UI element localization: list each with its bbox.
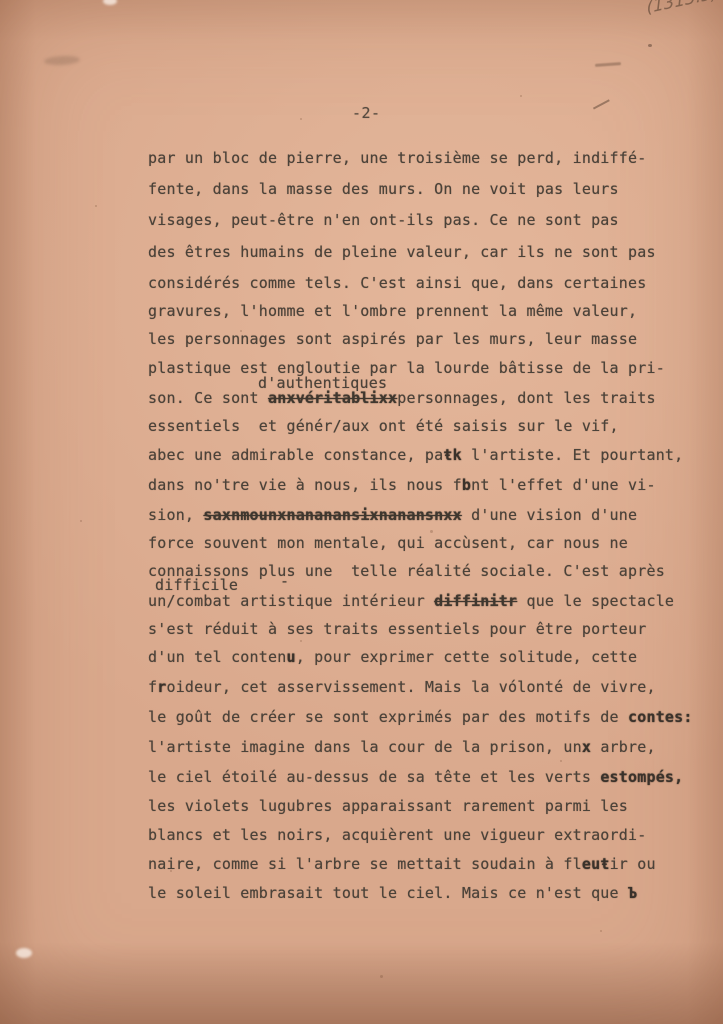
paper-speckle [560,760,562,762]
typed-text: le ciel étoilé au-dessus de sa tête et l… [148,768,600,786]
typed-text: d'une vision d'une [462,506,637,524]
typed-line: les violets lugubres apparaissant rareme… [148,797,628,816]
overstruck-text: euŧ [582,855,610,873]
typed-line: les personnages sont aspirés par les mur… [148,330,637,349]
typed-text: plastique est engloutie par la lourde bâ… [148,359,665,377]
typed-text: , pour exprimer cette solitude, cette [296,648,638,666]
paper-speckle [95,205,97,207]
typed-text: abec une admirable constance, pa [148,446,443,464]
typed-line: naire, comme si l'arbre se mettait souda… [148,855,656,874]
typed-text: son. Ce sont [148,389,268,407]
pencil-dash-mark [595,62,621,67]
paper-speckle [170,870,172,872]
typed-line: - [280,572,289,591]
overstruck-text: contes: [628,708,693,726]
typed-text: un/combat artistique intérieur [148,592,434,610]
strikethrough-text: saxnmounxnananansixnanansnxx [203,506,461,524]
overstruck-text: u [286,648,295,666]
paper-bright-spot [16,948,32,958]
typed-text: sion, [148,506,203,524]
typed-line: blancs et les noirs, acquièrent une vigu… [148,826,646,845]
typed-text: ir ou [610,855,656,873]
typed-line: le goût de créer se sont exprimés par de… [148,708,693,727]
typed-text: s'est réduit à ses traits essentiels pou… [148,620,646,638]
typed-line: le soleil embrasait tout le ciel. Mais c… [148,884,637,903]
paper-speckle [300,118,302,120]
typed-line: s'est réduit à ses traits essentiels pou… [148,620,646,639]
typed-text: l'artiste imagine dans la cour de la pri… [148,738,582,756]
typed-text: oideur, cet asservissement. Mais la vólo… [166,678,655,696]
paper-bright-spot [103,0,117,5]
paper-speckle [300,640,302,642]
typed-text: que le spectacle [517,592,674,610]
typed-text: le soleil embrasait tout le ciel. Mais c… [148,884,628,902]
typed-text: dans no'tre vie à nous, ils nous f [148,476,462,494]
typed-text: blancs et les noirs, acquièrent une vigu… [148,826,646,844]
typed-line: force souvent mon mentale, qui accùsent,… [148,534,628,553]
typed-line: des êtres humains de pleine valeur, car … [148,243,656,262]
typed-line: gravures, l'homme et l'ombre prennent la… [148,302,637,321]
typed-line: par un bloc de pierre, une troisième se … [148,149,646,168]
typed-text: fente, dans la masse des murs. On ne voi… [148,180,619,198]
strikethrough-text: anxvéritablixx [268,389,397,407]
typed-line: plastique est engloutie par la lourde bâ… [148,359,665,378]
typed-text: naire, comme si l'arbre se mettait souda… [148,855,582,873]
overstruck-text: estompés, [600,768,683,786]
typed-text: considérés comme tels. C'est ainsi que, … [148,274,646,292]
overstruck-text: Ъ [628,884,637,902]
paper-speckle [240,330,242,332]
typed-text: personnages, dont les traits [397,389,655,407]
typed-line: un/combat artistique intérieur diffinitr… [148,592,674,611]
typed-line: essentiels et génér/aux ont été saisis s… [148,417,619,436]
typed-line: considérés comme tels. C'est ainsi que, … [148,274,646,293]
typed-line: sion, saxnmounxnananansixnanansnxx d'une… [148,506,637,525]
typed-line: fente, dans la masse des murs. On ne voi… [148,180,619,199]
typed-line: le ciel étoilé au-dessus de sa tête et l… [148,768,683,787]
typed-line: abec une admirable constance, paŧk l'art… [148,446,683,465]
typed-text: le goût de créer se sont exprimés par de… [148,708,628,726]
typed-text: force souvent mon mentale, qui accùsent,… [148,534,628,552]
typed-line: froideur, cet asservissement. Mais la vó… [148,678,656,697]
paper-speckle [380,975,383,978]
typed-text: par un bloc de pierre, une troisième se … [148,149,646,167]
typed-text: des êtres humains de pleine valeur, car … [148,243,656,261]
paper-speckle [600,930,602,932]
paper-speckle [80,520,82,522]
typed-text: essentiels et génér/aux ont été saisis s… [148,417,619,435]
paper-speckle [430,530,433,533]
typed-text: d'un tel conten [148,648,286,666]
typed-text: f [148,678,157,696]
typed-text: - [280,572,289,590]
typed-line: son. Ce sont anxvéritablixxpersonnages, … [148,389,656,408]
overstruck-text: x [582,738,591,756]
overstruck-text: ŧk [443,446,461,464]
paper-speckle [520,95,522,97]
typed-line: d'un tel contenu, pour exprimer cette so… [148,648,637,667]
strikethrough-text: diffinitr [434,592,517,610]
page-number: -2- [352,104,381,122]
handwritten-code: (1313.5)2 [646,0,723,18]
typed-text: nt l'effet d'une vi- [471,476,656,494]
pencil-dot-mark [648,44,652,47]
typed-text: visages, peut-être n'en ont-ils pas. Ce … [148,211,619,229]
typed-line: l'artiste imagine dans la cour de la pri… [148,738,656,757]
typed-line: visages, peut-être n'en ont-ils pas. Ce … [148,211,619,230]
scanned-page: (1313.5)2 -2- par un bloc de pierre, une… [0,0,723,1024]
overstruck-text: b [462,476,471,494]
typed-text: les personnages sont aspirés par les mur… [148,330,637,348]
typed-line: dans no'tre vie à nous, ils nous fbnt l'… [148,476,656,495]
typed-text: gravures, l'homme et l'ombre prennent la… [148,302,637,320]
pencil-smudge [44,55,80,66]
typed-text: arbre, [591,738,656,756]
paper-speckle [640,450,642,452]
typed-text: l'artiste. Et pourtant, [462,446,684,464]
pencil-tick-mark [588,90,610,109]
typed-text: les violets lugubres apparaissant rareme… [148,797,628,815]
